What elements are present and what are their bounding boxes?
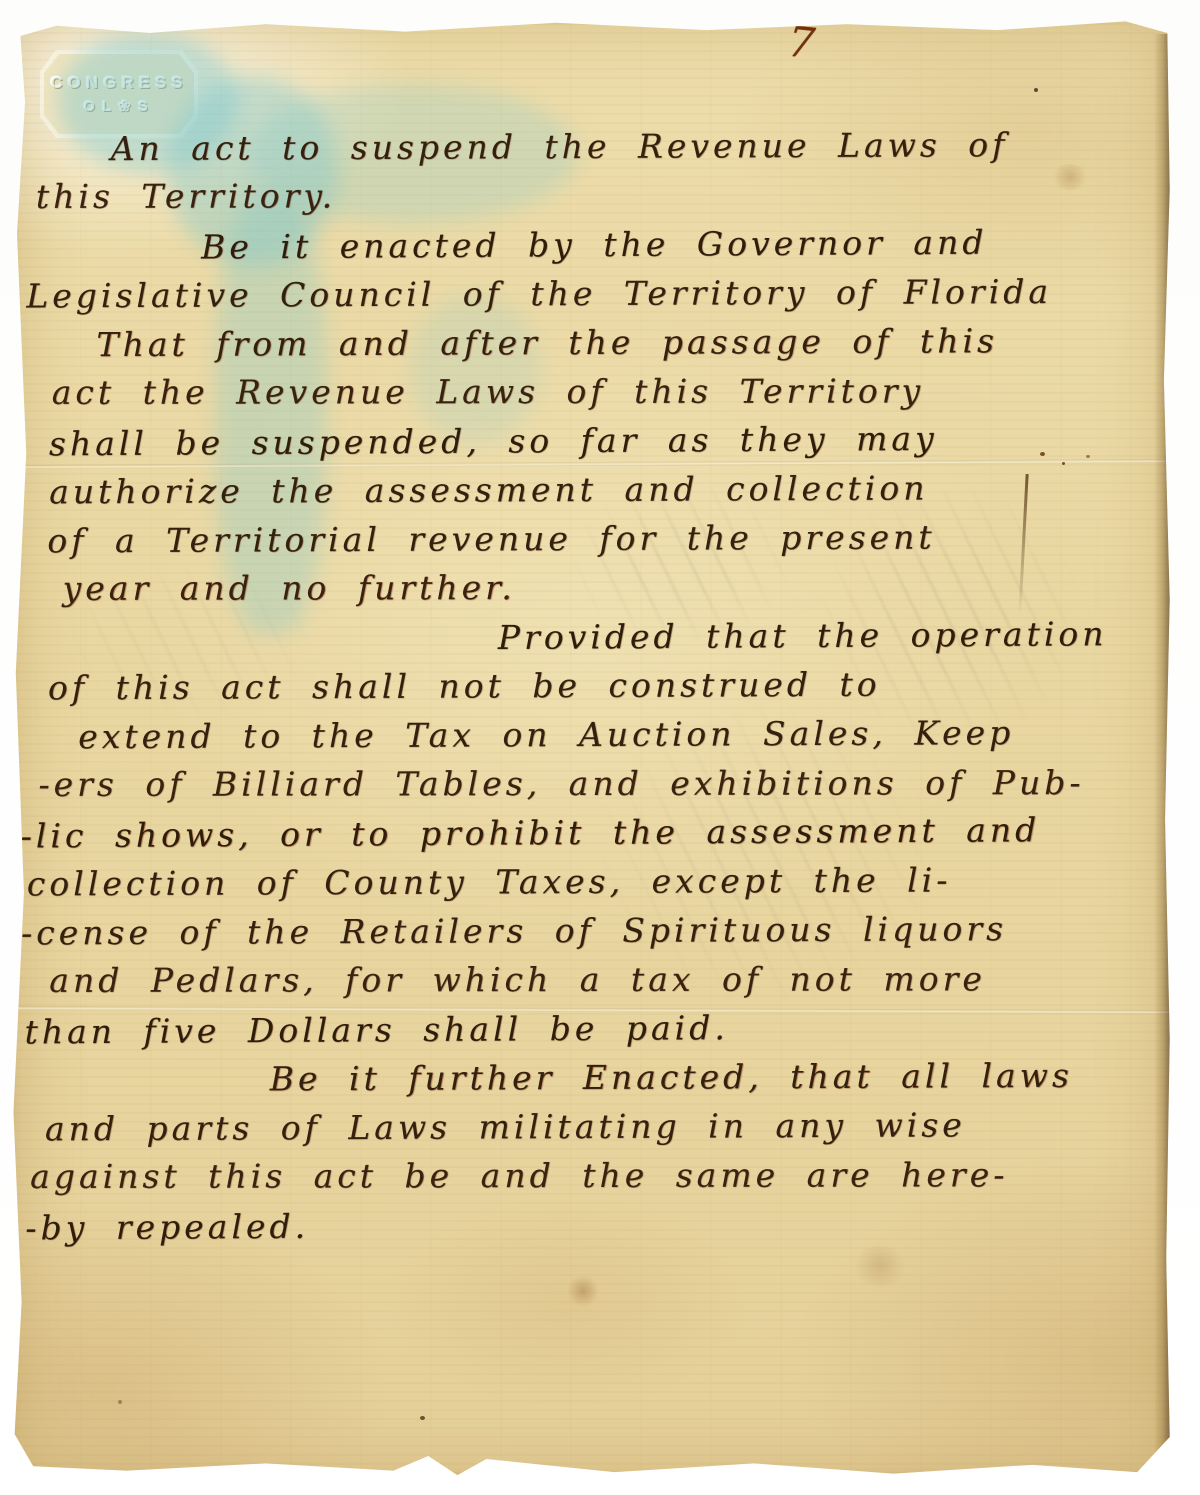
handwritten-text: An act to suspend the Revenue Laws ofthi… xyxy=(16,119,1171,1251)
handwritten-line: of this act shall not be construed to xyxy=(48,658,1168,712)
handwritten-line: shall be suspended, so far as they may xyxy=(49,413,1167,469)
handwritten-line: authorize the assessment and collection xyxy=(49,462,1167,516)
handwritten-line: An act to suspend the Revenue Laws of xyxy=(111,119,1166,173)
scanned-document-background: CONGRESS OL❀S 7 An act to suspend the Re… xyxy=(0,0,1200,1495)
ink-spatter xyxy=(420,1416,425,1420)
handwritten-line: Be it further Enacted, that all laws xyxy=(270,1050,1170,1103)
stamp-ornament: OL❀S xyxy=(83,97,154,115)
handwritten-line: Legislative Council of the Territory of … xyxy=(26,266,1166,320)
handwritten-line: against this act be and the same are her… xyxy=(30,1150,1170,1201)
page-number: 7 xyxy=(786,17,818,69)
ink-spatter xyxy=(1062,462,1065,465)
handwritten-line: and Pedlars, for which a tax of not more xyxy=(49,954,1169,1005)
handwritten-line: That from and after the passage of this xyxy=(96,315,1166,369)
stain-spot xyxy=(566,1276,600,1306)
handwritten-line: of a Territorial revenue for the present xyxy=(47,511,1167,565)
handwritten-line: extend to the Tax on Auction Sales, Keep xyxy=(78,707,1168,761)
handwritten-line: -ers of Billiard Tables, and exhibitions… xyxy=(38,758,1168,809)
handwritten-line: -lic shows, or to prohibit the assessmen… xyxy=(21,804,1169,860)
manuscript-paper: CONGRESS OL❀S 7 An act to suspend the Re… xyxy=(10,14,1172,1478)
handwritten-line: this Territory. xyxy=(36,170,1166,221)
handwritten-line: -by repealed. xyxy=(25,1196,1170,1252)
ink-spatter xyxy=(1086,455,1090,458)
handwritten-line: collection of County Taxes, except the l… xyxy=(27,854,1169,908)
ink-spatter xyxy=(1034,88,1038,92)
handwritten-line: year and no further. xyxy=(63,562,1168,613)
handwritten-line: than five Dollars shall be paid. xyxy=(24,1000,1169,1056)
ink-spatter xyxy=(118,1400,122,1404)
stain-spot xyxy=(850,1246,910,1286)
handwritten-line: act the Revenue Laws of this Territory xyxy=(52,366,1167,417)
handwritten-line: and parts of Laws militating in any wise xyxy=(45,1099,1170,1153)
congress-embossed-stamp-inner: CONGRESS OL❀S xyxy=(44,54,194,134)
ink-spatter xyxy=(1040,452,1045,456)
stamp-text-congress: CONGRESS xyxy=(50,73,187,93)
handwritten-line: -cense of the Retailers of Spirituous li… xyxy=(21,903,1169,957)
handwritten-line: Be it enacted by the Governor and xyxy=(201,217,1166,272)
handwritten-line: Provided that the operation xyxy=(498,609,1168,662)
